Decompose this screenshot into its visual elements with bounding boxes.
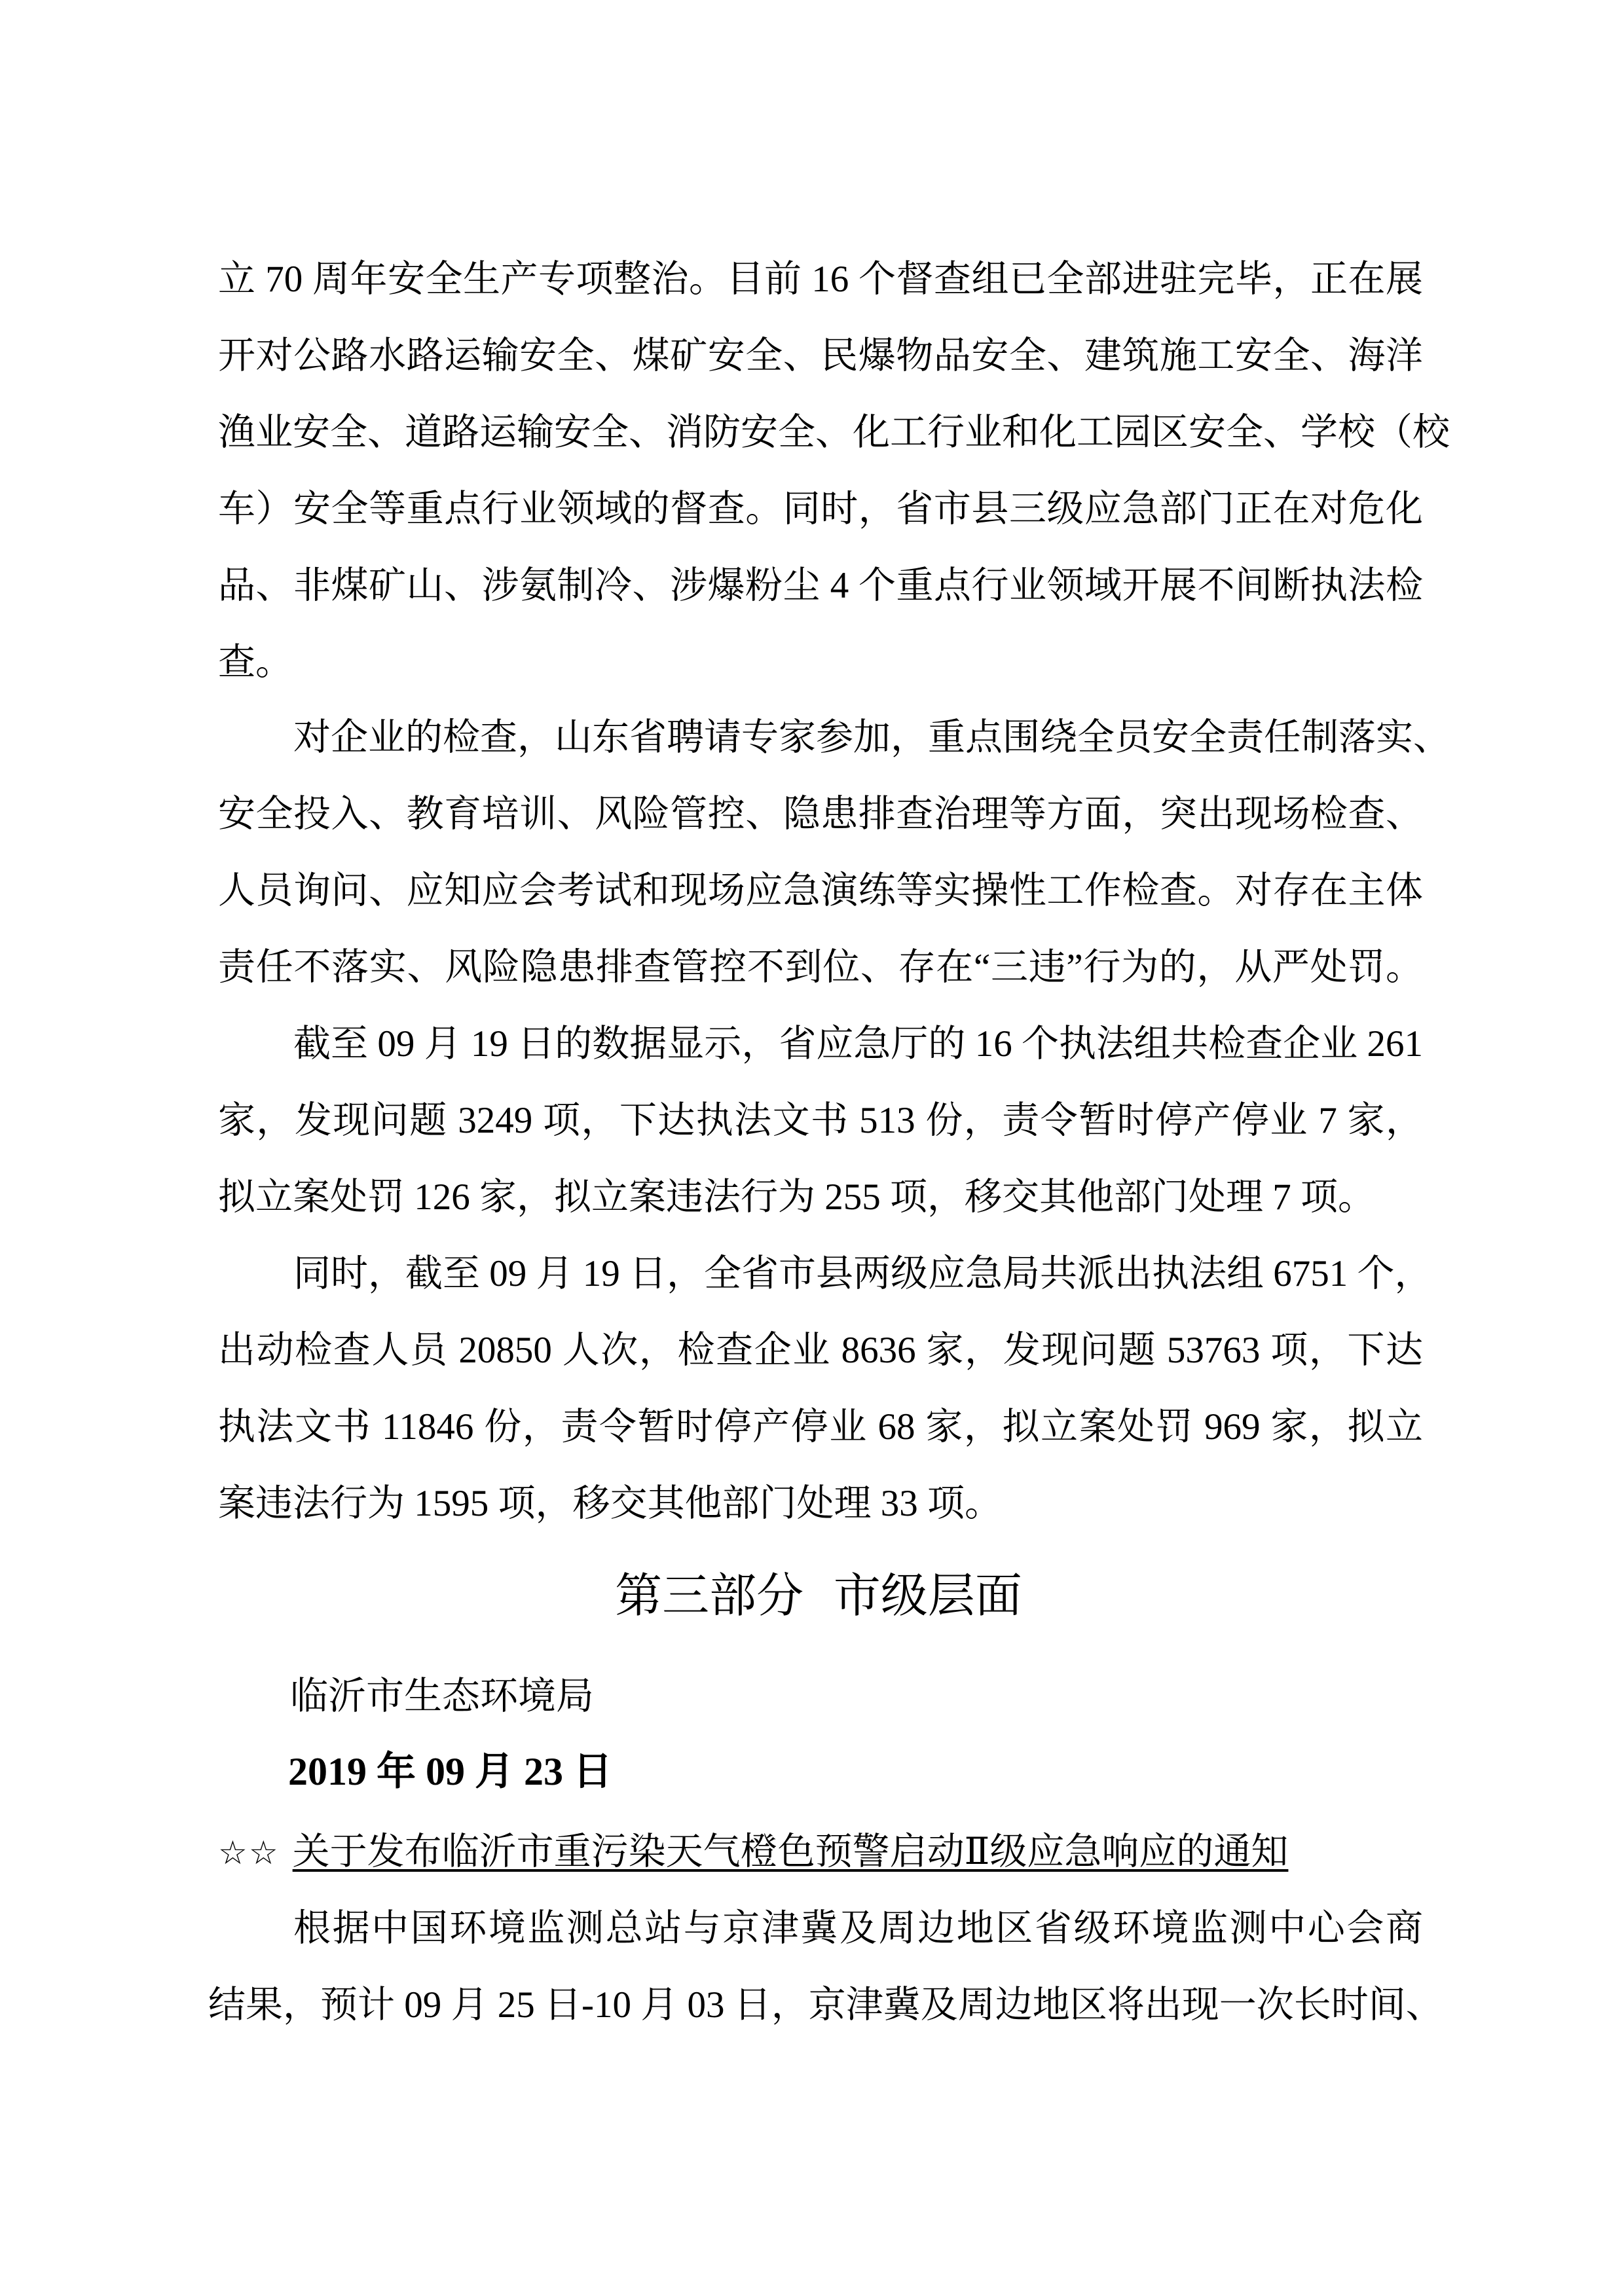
section-title: 第三部分 市级层面	[0, 1566, 1624, 1625]
paragraph-line: 家，发现问题 3249 项，下达执法文书 513 份，责令暂时停产停业 7 家，	[218, 1098, 1423, 1144]
paragraph-line: 案违法行为 1595 项，移交其他部门处理 33 项。	[218, 1481, 1423, 1527]
paragraph-line: 开对公路水路运输安全、煤矿安全、民爆物品安全、建筑施工安全、海洋	[218, 333, 1423, 379]
paragraph-line: 拟立案处罚 126 家，拟立案违法行为 255 项，移交其他部门处理 7 项。	[218, 1175, 1423, 1220]
paragraph-line: 同时，截至 09 月 19 日，全省市县两级应急局共派出执法组 6751 个，	[293, 1251, 1423, 1297]
paragraph-line: 人员询问、应知应会考试和现场应急演练等实操性工作检查。对存在主体	[218, 868, 1423, 914]
document-page: 立 70 周年安全生产专项整治。目前 16 个督查组已全部进驻完毕，正在展 开对…	[0, 0, 1624, 2296]
paragraph-line: 品、非煤矿山、涉氨制冷、涉爆粉尘 4 个重点行业领域开展不间断执法检	[218, 563, 1423, 609]
paragraph-line: 车）安全等重点行业领域的督查。同时，省市县三级应急部门正在对危化	[218, 486, 1423, 532]
publish-date: 2019 年 09 月 23 日	[288, 1747, 612, 1796]
paragraph-line: 安全投入、教育培训、风险管控、隐患排查治理等方面，突出现场检查、	[218, 792, 1423, 837]
paragraph-line: 截至 09 月 19 日的数据显示，省应急厅的 16 个执法组共检查企业 261	[293, 1021, 1423, 1067]
paragraph-line: 结果，预计 09 月 25 日-10 月 03 日，京津冀及周边地区将出现一次长…	[208, 1982, 1423, 2028]
paragraph-line: 渔业安全、道路运输安全、消防安全、化工行业和化工园区安全、学校（校	[218, 410, 1423, 456]
paragraph-line: 责任不落实、风险隐患排查管控不到位、存在“三违”行为的，从严处罚。	[218, 945, 1423, 991]
organization-name: 临沂市生态环境局	[290, 1671, 594, 1721]
paragraph-line: 执法文书 11846 份，责令暂时停产停业 68 家，拟立案处罚 969 家，拟…	[218, 1404, 1423, 1450]
paragraph-line: 出动检查人员 20850 人次，检查企业 8636 家，发现问题 53763 项…	[218, 1328, 1423, 1374]
paragraph-line: 根据中国环境监测总站与京津冀及周边地区省级环境监测中心会商	[293, 1906, 1423, 1952]
notice-heading: ☆☆ 关于发布临沂市重污染天气橙色预警启动Ⅱ级应急响应的通知	[218, 1829, 1288, 1876]
notice-title-link[interactable]: 关于发布临沂市重污染天气橙色预警启动Ⅱ级应急响应的通知	[293, 1829, 1289, 1875]
star-rating-icon: ☆☆	[218, 1830, 280, 1876]
paragraph-line: 立 70 周年安全生产专项整治。目前 16 个督查组已全部进驻完毕，正在展	[218, 257, 1423, 302]
paragraph-line: 查。	[218, 640, 1423, 685]
paragraph-line: 对企业的检查，山东省聘请专家参加，重点围绕全员安全责任制落实、	[293, 715, 1423, 761]
